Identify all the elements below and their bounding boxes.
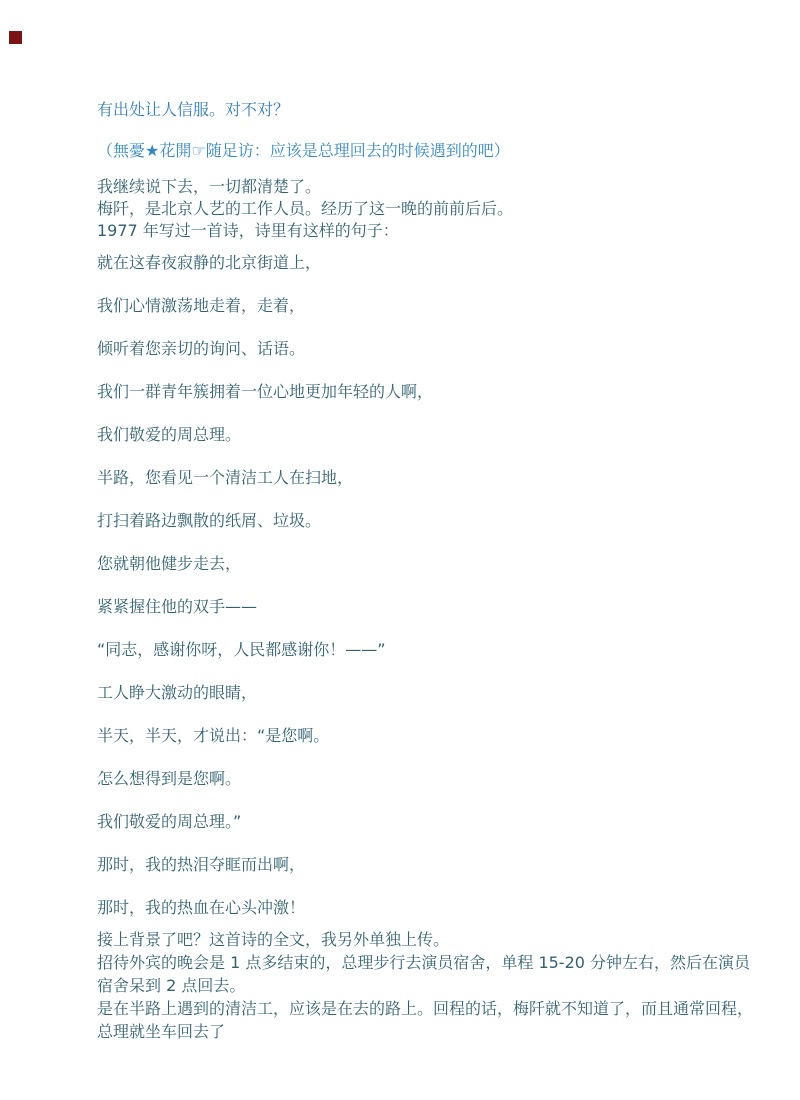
text-line: 您就朝他健步走去，: [97, 556, 433, 599]
text-line: 就在这春夜寂静的北京街道上，: [97, 255, 433, 298]
text-line: 总理就坐车回去了: [97, 1020, 753, 1043]
heading-line-2: （無憂★花開☞随足访：应该是总理回去的时候遇到的吧）: [97, 140, 510, 161]
closing-paragraph: 接上背景了吧？这首诗的全文，我另外单独上传。招待外宾的晚会是 1 点多结束的，总…: [97, 928, 753, 1043]
heading-line-1: 有出处让人信服。对不对？: [97, 99, 289, 120]
text-line: 工人睁大激动的眼睛，: [97, 685, 433, 728]
text-line: 紧紧握住他的双手——: [97, 599, 433, 642]
text-line: 半天，半天，才说出：“是您啊。: [97, 728, 433, 771]
text-line: 我们敬爱的周总理。: [97, 427, 433, 470]
text-line: 我继续说下去，一切都清楚了。: [97, 176, 513, 198]
document-page: 有出处让人信服。对不对？ （無憂★花開☞随足访：应该是总理回去的时候遇到的吧） …: [0, 0, 800, 1100]
text-line: 怎么想得到是您啊。: [97, 771, 433, 814]
text-line: 我们敬爱的周总理。”: [97, 814, 433, 857]
text-line: 那时，我的热泪夺眶而出啊，: [97, 857, 433, 900]
intro-paragraph: 我继续说下去，一切都清楚了。梅阡，是北京人艺的工作人员。经历了这一晚的前前后后。…: [97, 176, 513, 242]
text-line: 招待外宾的晚会是 1 点多结束的，总理步行去演员宿舍，单程 15-20 分钟左右…: [97, 951, 753, 974]
poem-stanza: 就在这春夜寂静的北京街道上，我们心情激荡地走着，走着，倾听着您亲切的询问、话语。…: [97, 255, 433, 943]
text-line: 打扫着路边飘散的纸屑、垃圾。: [97, 513, 433, 556]
text-line: 是在半路上遇到的清洁工，应该是在去的路上。回程的话，梅阡就不知道了，而且通常回程…: [97, 997, 753, 1020]
text-line: 梅阡，是北京人艺的工作人员。经历了这一晚的前前后后。: [97, 198, 513, 220]
text-line: 我们心情激荡地走着，走着，: [97, 298, 433, 341]
text-line: “同志，感谢你呀，人民都感谢你！——”: [97, 642, 433, 685]
text-line: 宿舍呆到 2 点回去。: [97, 974, 753, 997]
red-square-mark: [9, 31, 22, 44]
text-line: 半路，您看见一个清洁工人在扫地，: [97, 470, 433, 513]
text-line: 接上背景了吧？这首诗的全文，我另外单独上传。: [97, 928, 753, 951]
username-annotation-text: （無憂★花開☞随足访：应该是总理回去的时候遇到的吧）: [97, 140, 510, 161]
text-line: 倾听着您亲切的询问、话语。: [97, 341, 433, 384]
text-line: 1977 年写过一首诗，诗里有这样的句子：: [97, 220, 513, 242]
heading-text: 有出处让人信服。对不对？: [97, 99, 289, 120]
text-line: 我们一群青年簇拥着一位心地更加年轻的人啊，: [97, 384, 433, 427]
